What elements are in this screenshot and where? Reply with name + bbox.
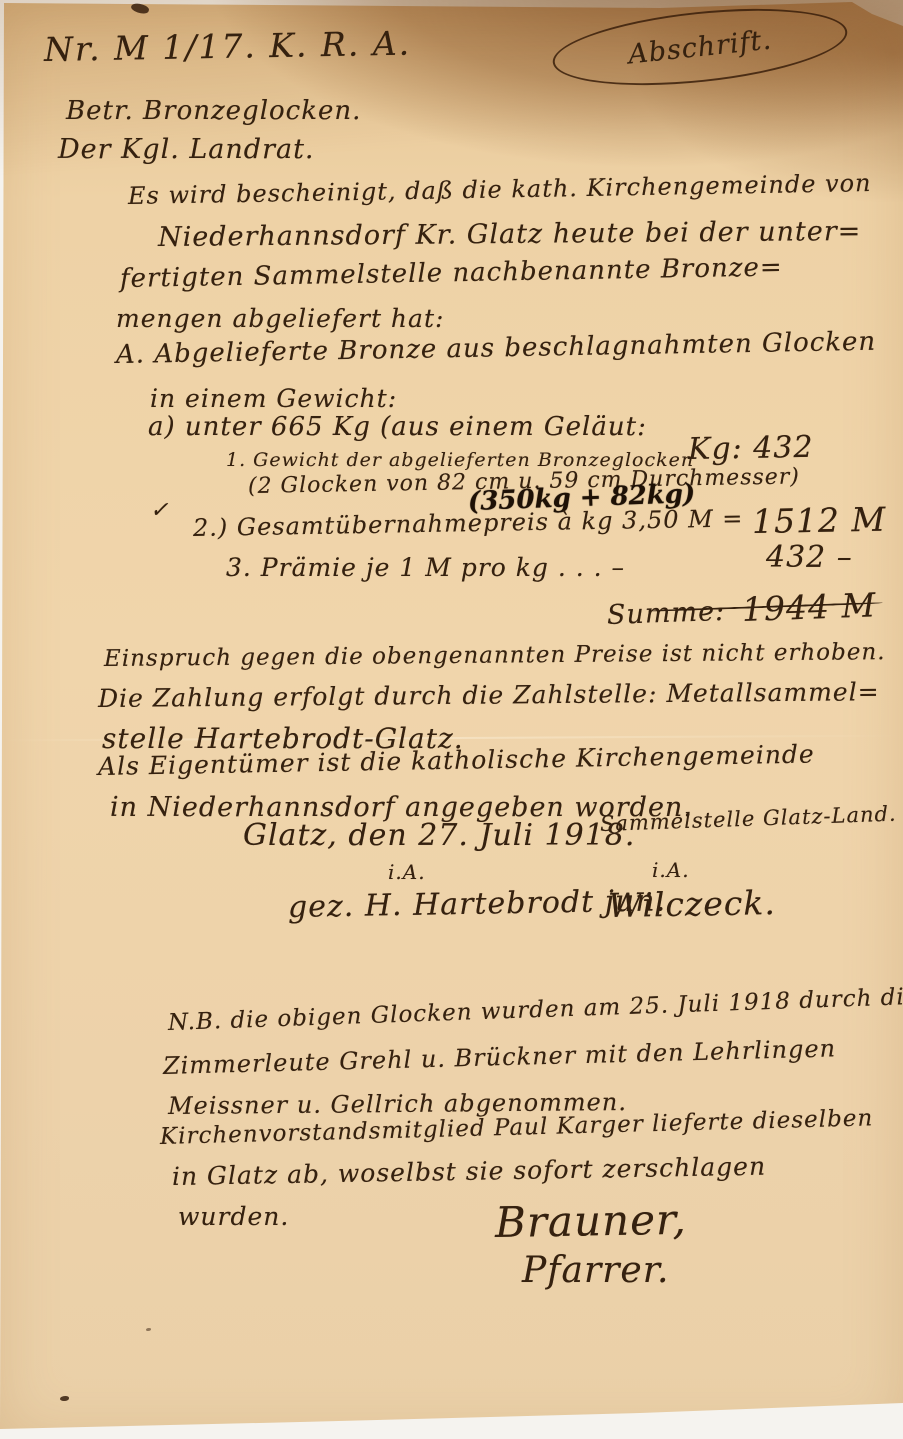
postscript-signature-name: Brauner, [495, 1195, 688, 1247]
stamp-label: Abschrift. [627, 24, 774, 70]
postscript-signature-title: Pfarrer. [522, 1250, 669, 1291]
addressee-line: Der Kgl. Landrat. [58, 134, 315, 165]
scanned-document: Abschrift. Nr. M 1/17. K. R. A. Betr. Br… [0, 0, 903, 1439]
item3-text: 3. Prämie je 1 M pro kg . . . – [226, 553, 625, 582]
sum-value: 1944 M [741, 585, 877, 629]
signature-prefix-right: i.A. [652, 858, 690, 882]
item3-value: 432 – [766, 540, 853, 575]
sub-item-a: a) unter 665 Kg (aus einem Geläut: [148, 412, 647, 442]
postscript-line: wurden. [178, 1202, 289, 1231]
intro-line: Niederhannsdorf Kr. Glatz heute bei der … [158, 216, 862, 253]
sum-label: Summe: [606, 596, 725, 631]
subject-line: Betr. Bronzeglocken. [66, 96, 361, 126]
signature-right: Wilczeck. [608, 883, 776, 925]
item2-value: 1512 M [752, 500, 887, 541]
item1-value: Kg: 432 [688, 430, 814, 467]
reference-number: Nr. M 1/17. K. R. A. [44, 24, 412, 69]
signature-prefix-left: i.A. [388, 860, 426, 884]
intro-line: mengen abgeliefert hat: [116, 304, 444, 333]
date-place-line: Glatz, den 27. Juli 1918. [243, 818, 635, 853]
margin-checkmark: ✓ [150, 498, 169, 523]
section-a-heading-cont: in einem Gewicht: [150, 384, 397, 413]
